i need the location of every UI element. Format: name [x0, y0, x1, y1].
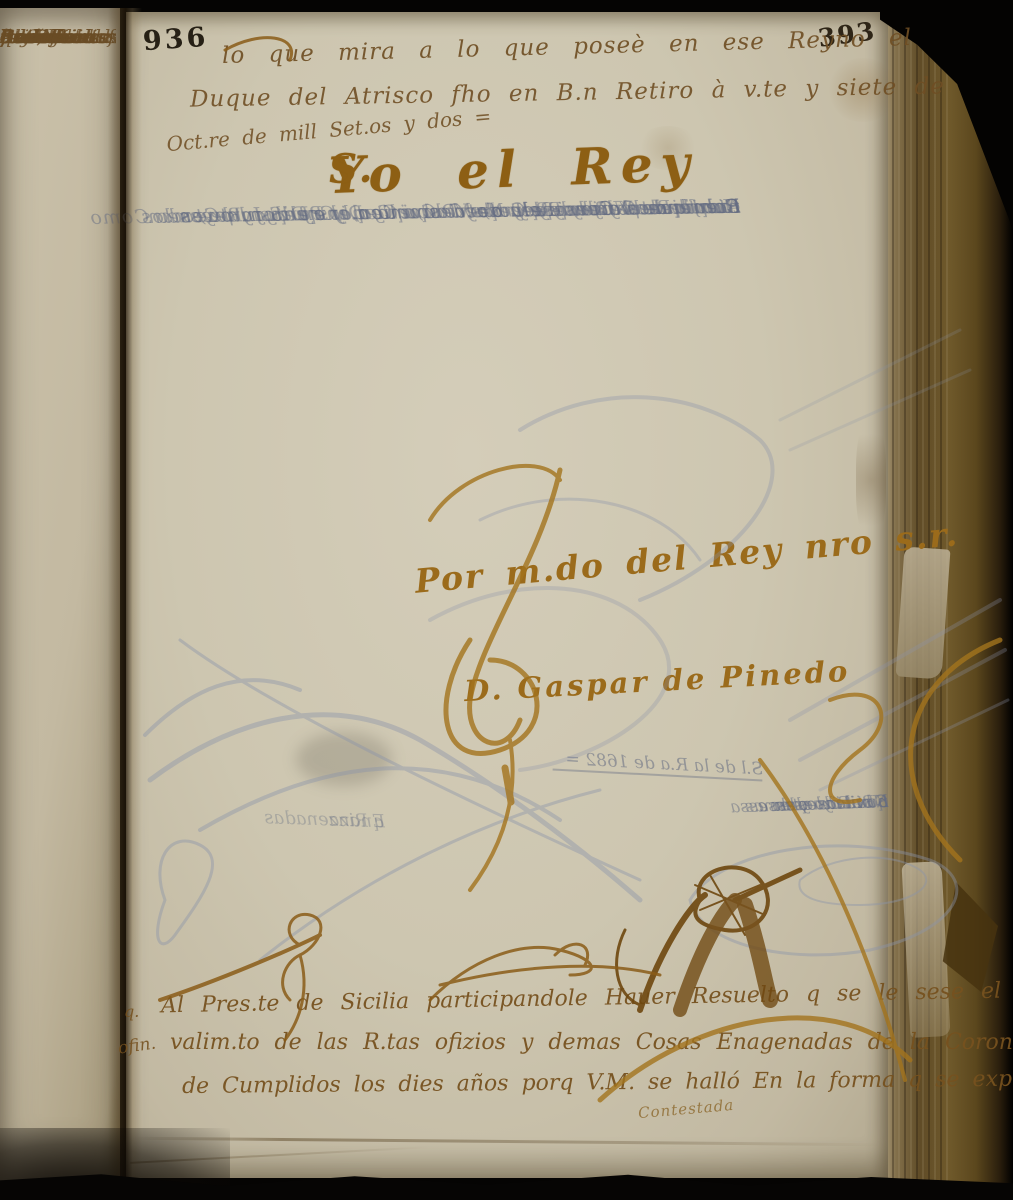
previous-page-text: is adberadsis Comoosñon amilista de todo… [0, 16, 116, 1166]
smudge-stain [296, 732, 392, 786]
margin-note-q: q. [124, 1002, 139, 1021]
text-line: r Riza y esto [781, 787, 889, 822]
text-line: ba Vglars fir [0, 16, 116, 58]
royal-rubric-mark: S. [328, 144, 375, 193]
text-line: q Riza [328, 800, 386, 842]
folio-number-left: 936 [142, 22, 209, 57]
bottom-line-2: valim.to de las R.tas ofizios y demas Co… [170, 1030, 1013, 1055]
page-edge-flap [896, 547, 951, 680]
